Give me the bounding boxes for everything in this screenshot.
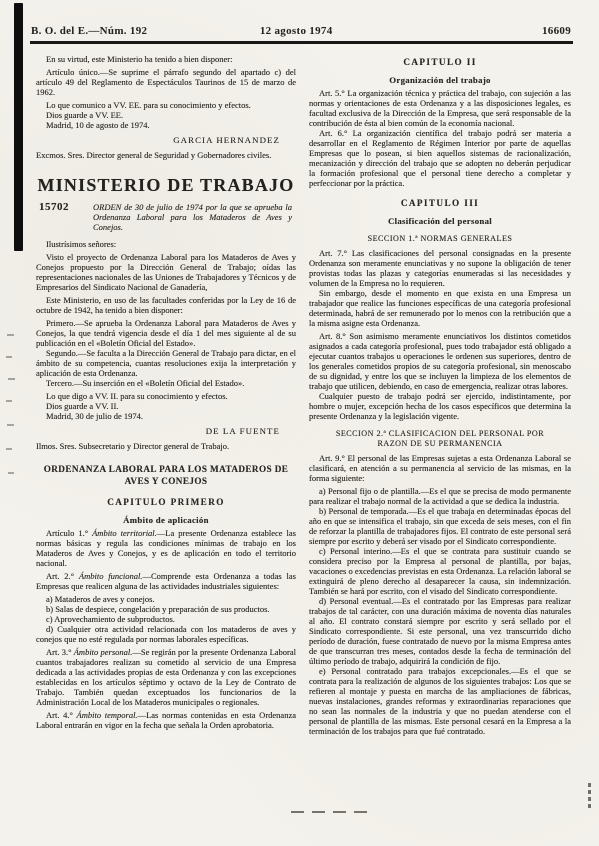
paragraph-articulo-3: Art. 3.° Ámbito personal.—Se regirán por… bbox=[36, 647, 296, 707]
signature-garcia-hernandez: GARCIA HERNANDEZ bbox=[36, 135, 296, 145]
left-column: En su virtud, este Ministerio ha tenido … bbox=[36, 54, 296, 730]
scan-speck bbox=[8, 378, 15, 380]
scan-speck bbox=[6, 448, 12, 450]
article-3-lead: Art. 3.° bbox=[46, 647, 74, 657]
section-2-heading: SECCION 2.ª CLASIFICACION DEL PERSONAL P… bbox=[309, 429, 571, 450]
order-title: ORDEN de 30 de julio de 1974 por la que … bbox=[93, 202, 296, 232]
paragraph-articulo-9: Art. 9.° El personal de las Empresas suj… bbox=[309, 453, 571, 483]
paragraph-articulo-unico: Artículo único.—Se suprime el párrafo se… bbox=[36, 67, 296, 97]
article-4-lead: Art. 4.° bbox=[46, 710, 77, 720]
scan-speck bbox=[6, 400, 12, 402]
chapter-3-subheading: Clasificación del personal bbox=[309, 216, 571, 226]
paragraph-este-ministerio: Este Ministerio, en uso de las facultade… bbox=[36, 295, 296, 315]
list-item-personal-temporada: b) Personal de temporada.—Es el que trab… bbox=[309, 506, 571, 546]
ministry-title: MINISTERIO DE TRABAJO bbox=[36, 180, 296, 190]
paragraph-articulo-7: Art. 7.° Las clasificaciones del persona… bbox=[309, 248, 571, 288]
paragraph-tercero: Tercero.—Su inserción en el «Boletín Ofi… bbox=[36, 378, 296, 388]
gazette-page: B. O. del E.—Núm. 192 12 agosto 1974 166… bbox=[0, 0, 599, 846]
article-1-name: Ámbito territorial. bbox=[92, 528, 157, 538]
paragraph-articulo-2: Art. 2.° Ámbito funcional.—Comprende est… bbox=[36, 571, 296, 591]
order-number: 15702 bbox=[36, 202, 93, 232]
paragraph-dios-guarde-ee: Dios guarde a VV. EE. bbox=[36, 110, 296, 120]
list-item-c: c) Aprovechamiento de subproductos. bbox=[36, 614, 296, 624]
list-item-b: b) Salas de despiece, congelación y prep… bbox=[36, 604, 296, 614]
paragraph-comunico: Lo que comunico a VV. EE. para su conoci… bbox=[36, 100, 296, 110]
paragraph-articulo-4: Art. 4.° Ámbito temporal.—Las normas con… bbox=[36, 710, 296, 730]
scan-artifact-bar bbox=[14, 3, 23, 251]
chapter-2-heading: CAPITULO II bbox=[309, 57, 571, 67]
paragraph-articulo-6: Art. 6.° La organización científica del … bbox=[309, 128, 571, 188]
paragraph-primero: Primero.—Se aprueba la Ordenanza Laboral… bbox=[36, 318, 296, 348]
paragraph-dios-guarde-ii: Dios guarde a VV. II. bbox=[36, 401, 296, 411]
header-date: 12 agosto 1974 bbox=[260, 25, 333, 37]
list-item-a: a) Mataderos de aves y conejos. bbox=[36, 594, 296, 604]
section-1-heading: SECCION 1.ª NORMAS GENERALES bbox=[309, 234, 571, 245]
article-1-lead: Artículo 1.° bbox=[46, 528, 92, 538]
scan-artifact-dash-line bbox=[291, 811, 373, 813]
chapter-3-heading: CAPITULO III bbox=[309, 198, 571, 208]
paragraph-segundo: Segundo.—Se faculta a la Dirección Gener… bbox=[36, 348, 296, 378]
scan-speck bbox=[6, 356, 12, 358]
paragraph-visto: Visto el proyecto de Ordenanza Laboral p… bbox=[36, 252, 296, 292]
article-2-lead: Art. 2.° bbox=[46, 571, 79, 581]
paragraph-articulo-5: Art. 5.° La organización técnica y práct… bbox=[309, 88, 571, 128]
chapter-1-subheading: Ámbito de aplicación bbox=[36, 515, 296, 525]
article-2-name: Ámbito funcional. bbox=[79, 571, 143, 581]
ordinance-title: ORDENANZA LABORAL PARA LOS MATADEROS DE … bbox=[36, 464, 296, 487]
order-block: 15702 ORDEN de 30 de julio de 1974 por l… bbox=[36, 202, 296, 232]
right-column: CAPITULO II Organización del trabajo Art… bbox=[309, 57, 571, 736]
signature-de-la-fuente: DE LA FUENTE bbox=[36, 426, 296, 436]
header-issue: B. O. del E.—Núm. 192 bbox=[31, 25, 147, 37]
page-header: B. O. del E.—Núm. 192 12 agosto 1974 166… bbox=[31, 25, 573, 39]
paragraph-en-su-virtud: En su virtud, este Ministerio ha tenido … bbox=[36, 54, 296, 64]
article-4-name: Ámbito temporal. bbox=[77, 710, 138, 720]
scan-artifact-edge-mark bbox=[588, 783, 591, 809]
paragraph-articulo-1: Artículo 1.° Ámbito territorial.—La pres… bbox=[36, 528, 296, 568]
header-rule bbox=[30, 41, 573, 44]
paragraph-excmos-sres: Excmos. Sres. Director general de Seguri… bbox=[36, 150, 296, 160]
list-item-personal-fijo: a) Personal fijo o de plantilla.—Es el q… bbox=[309, 486, 571, 506]
scan-speck bbox=[7, 334, 14, 336]
list-item-personal-excepcional: e) Personal contratado para trabajos exc… bbox=[309, 666, 571, 736]
list-item-personal-interino: c) Personal interino.—Es el que se contr… bbox=[309, 546, 571, 596]
paragraph-ilmos-sres: Ilmos. Sres. Subsecretario y Director ge… bbox=[36, 441, 296, 451]
paragraph-madrid-30-julio: Madrid, 30 de julio de 1974. bbox=[36, 411, 296, 421]
paragraph-articulo-8b: Cualquier puesto de trabajo podrá ser ej… bbox=[309, 391, 571, 421]
paragraph-ilustrisimos: Ilustrísimos señores: bbox=[36, 239, 296, 249]
paragraph-lo-que-digo: Lo que digo a VV. II. para su conocimien… bbox=[36, 391, 296, 401]
article-3-name: Ámbito personal. bbox=[74, 647, 133, 657]
chapter-2-subheading: Organización del trabajo bbox=[309, 75, 571, 85]
header-page-number: 16609 bbox=[542, 25, 571, 37]
list-item-d: d) Cualquier otra actividad relacionada … bbox=[36, 624, 296, 644]
chapter-1-heading: CAPITULO PRIMERO bbox=[36, 497, 296, 507]
list-item-personal-eventual: d) Personal eventual.—Es el contratado p… bbox=[309, 596, 571, 666]
paragraph-articulo-8: Art. 8.° Son asimismo meramente enunciat… bbox=[309, 331, 571, 391]
scan-speck bbox=[8, 472, 14, 474]
paragraph-madrid-10-agosto: Madrid, 10 de agosto de 1974. bbox=[36, 120, 296, 130]
scan-speck bbox=[7, 424, 14, 426]
paragraph-articulo-7b: Sin embargo, desde el momento en que exi… bbox=[309, 288, 571, 328]
